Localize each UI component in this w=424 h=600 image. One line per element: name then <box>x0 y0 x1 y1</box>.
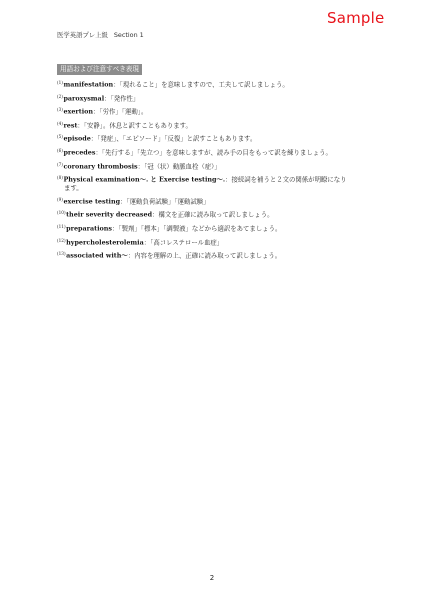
term-explanation: 接続詞を補うと２文の関係が明瞭になり <box>232 176 347 184</box>
course-title: 医学英語プレ上級 <box>57 31 108 39</box>
term-item: (8)Physical examination～. と Exercise tes… <box>57 174 377 192</box>
term-english: hypercholesterolemia <box>66 238 144 246</box>
term-number: (11) <box>57 224 66 229</box>
term-english: manifestation <box>63 81 113 89</box>
term-item: (1)manifestation：「現れること」を意味しますので、工夫して訳しま… <box>57 79 377 89</box>
term-english: rest <box>63 121 77 129</box>
term-english: exercise testing <box>63 197 120 205</box>
term-item: (4)rest：「安静」。休息と訳すこともあります。 <box>57 120 377 130</box>
term-english: their severity decreased <box>66 211 152 219</box>
section-title: Section 1 <box>114 31 144 39</box>
term-item: (11)preparations：「製剤」「標本」「調製液」などから適訳をあてま… <box>57 223 377 233</box>
term-list: (1)manifestation：「現れること」を意味しますので、工夫して訳しま… <box>57 79 377 264</box>
term-explanation: 「冠（状）動脈血栓（症）」 <box>144 162 221 170</box>
term-english: associated with～ <box>66 252 128 260</box>
term-item: (9)exercise testing：「運動負荷試験」「運動試験」 <box>57 196 377 206</box>
term-item: (6)precedes：「先行する」「先立つ」を意味しますが、読み手の目をもって… <box>57 147 377 157</box>
section-heading-label: 用語および注意すべき表現 <box>57 64 142 75</box>
term-explanation: 「製剤」「標本」「調製液」などから適訳をあてましょう。 <box>118 224 281 232</box>
term-english: precedes <box>63 148 95 156</box>
term-explanation: 内容を理解の上、正確に読み取って訳しましょう。 <box>134 252 281 260</box>
term-explanation: 「発症」、「エピソード」「反復」と訳すこともあります。 <box>97 135 256 143</box>
term-explanation: 「現れること」を意味しますので、工夫して訳しましょう。 <box>120 81 289 89</box>
term-explanation: 「発作性」 <box>111 94 140 102</box>
term-explanation: 「運動負荷試験」「運動試験」 <box>126 197 209 205</box>
term-item: (2)paroxysmal：「発作性」 <box>57 93 377 103</box>
term-number: (13) <box>57 251 66 256</box>
term-item: (13)associated with～：内容を理解の上、正確に読み取って訳しま… <box>57 250 377 260</box>
term-item: (10)their severity decreased：構文を正確に読み取って… <box>57 209 377 219</box>
term-explanation: 「労作」「運動」。 <box>99 108 147 116</box>
term-english: exertion <box>63 108 93 116</box>
page-number: 2 <box>0 574 424 582</box>
term-english: coronary thrombosis <box>63 162 137 170</box>
term-explanation: 「安静」。休息と訳すこともあります。 <box>84 121 192 129</box>
term-explanation: 「高コレステロール血症」 <box>150 238 223 246</box>
term-explanation-continued: ます。 <box>57 184 377 192</box>
term-item: (5)episode：「発症」、「エピソード」「反復」と訳すこともあります。 <box>57 133 377 143</box>
term-english: paroxysmal <box>63 94 104 102</box>
term-explanation: 「先行する」「先立つ」を意味しますが、読み手の目をもって訳を練りましょう。 <box>102 148 332 156</box>
term-english: preparations <box>66 224 112 232</box>
term-english: episode <box>63 135 90 143</box>
term-english: Physical examination～. と Exercise testin… <box>63 176 225 184</box>
term-explanation: 構文を正確に読み取って訳しましょう。 <box>158 211 273 219</box>
term-number: (12) <box>57 238 66 243</box>
running-header: 医学英語プレ上級Section 1 <box>57 30 144 39</box>
term-item: (12)hypercholesterolemia：「高コレステロール血症」 <box>57 237 377 247</box>
term-number: (10) <box>57 210 66 215</box>
term-item: (3)exertion：「労作」「運動」。 <box>57 106 377 116</box>
sample-watermark: Sample <box>327 9 384 27</box>
term-item: (7)coronary thrombosis：「冠（状）動脈血栓（症）」 <box>57 161 377 171</box>
